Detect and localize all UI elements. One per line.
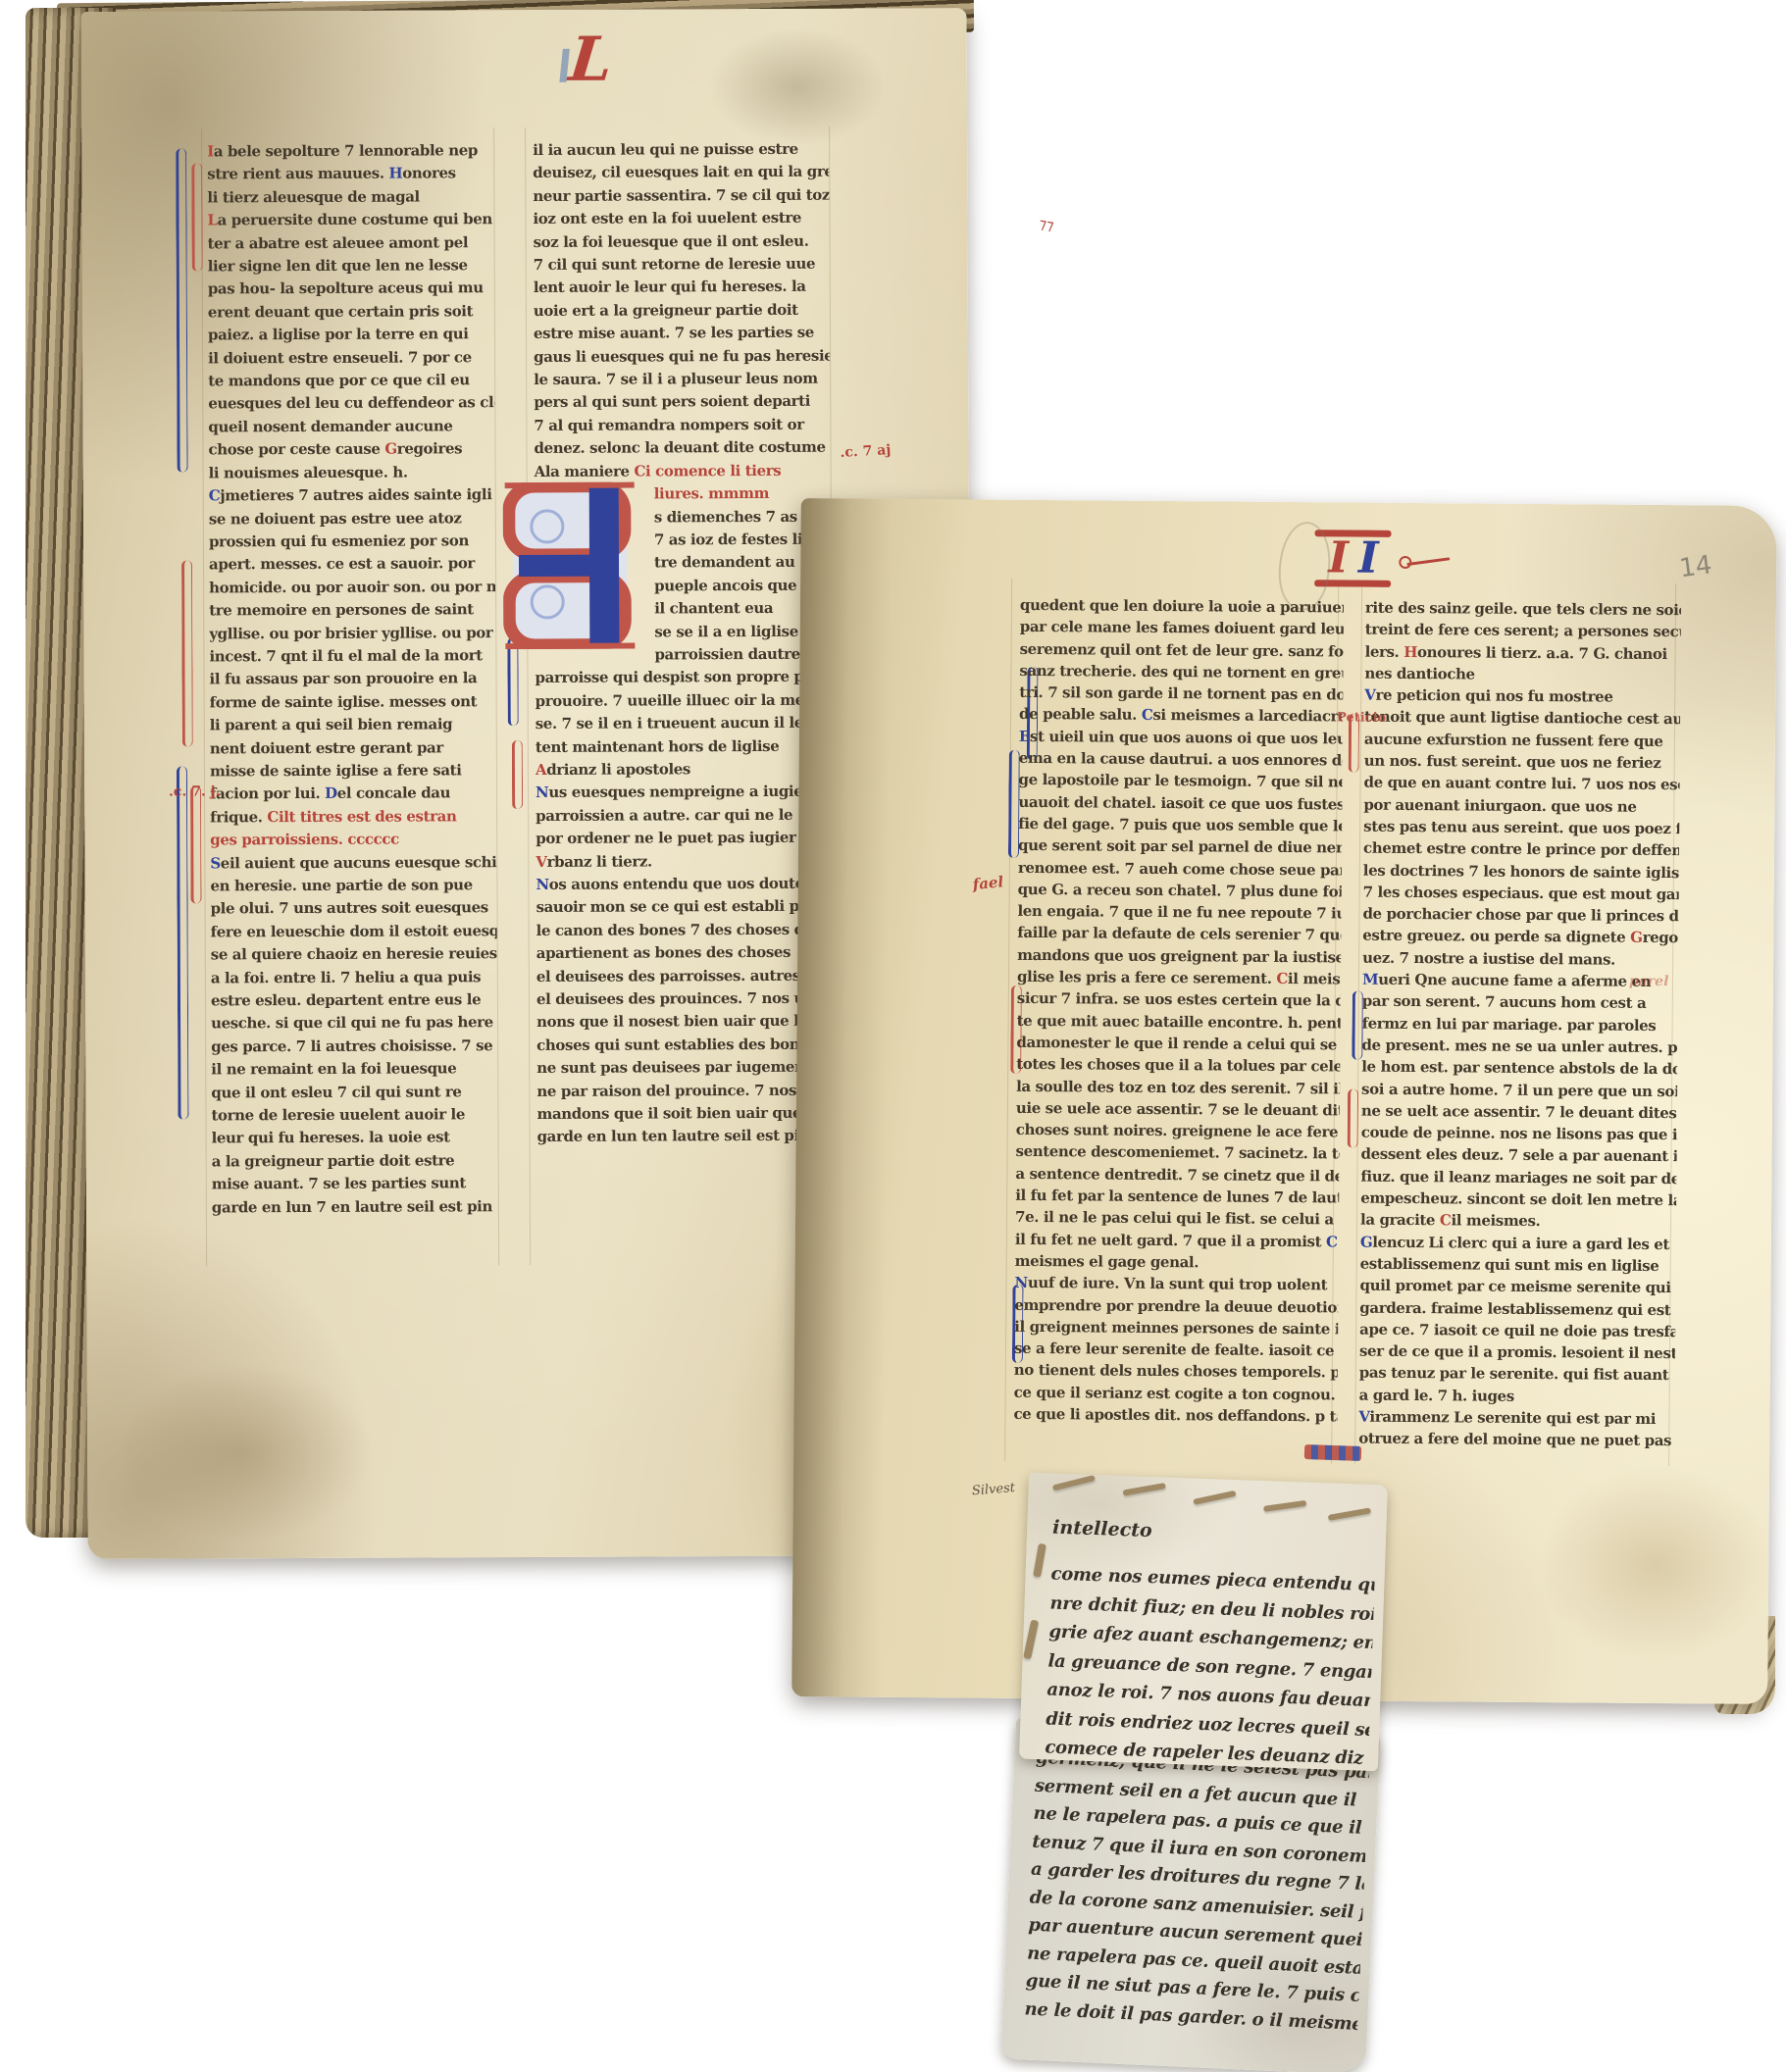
text-line: se. 7 se il en i trueuent aucun il legit bbox=[536, 712, 832, 736]
text-line: garde en lun 7 en lautre seil est pin bbox=[212, 1195, 498, 1220]
initial-a-artwork bbox=[503, 482, 638, 650]
text-line: ges parce. 7 li autres choisisse. 7 se bbox=[211, 1035, 497, 1059]
text-line: paiez. a liglise por la terre en qui bbox=[208, 323, 494, 347]
text-line: ge lapostoile par le tesmoign. 7 que sil… bbox=[1018, 769, 1342, 793]
text-line: a sentence dentredit. 7 se cinetz que il… bbox=[1015, 1163, 1339, 1188]
text-line: Vre peticion qui nos fu mostree bbox=[1364, 684, 1680, 709]
text-line: mise auant. 7 se les parties sunt bbox=[212, 1172, 498, 1196]
text-line: ser de ce que il a promis. lesoient il n… bbox=[1359, 1340, 1675, 1365]
text-line: glise les pris a fere ce serement. Cil m… bbox=[1017, 966, 1341, 990]
text-line: en heresie. une partie de son pue bbox=[210, 874, 496, 898]
text-line: il fu assaus par son prouoire en la bbox=[209, 667, 495, 691]
text-line: Cjmetieres 7 autres aides sainte igli bbox=[209, 483, 495, 508]
text-line: quil promet par ce meisme serenite qui bbox=[1359, 1275, 1675, 1299]
text-line: damonester le que il rende a celui qui s… bbox=[1016, 1032, 1340, 1056]
text-line: ema en la cause dautrui. a uos ennores d… bbox=[1019, 747, 1343, 772]
filigree-flourish bbox=[190, 785, 202, 903]
text-line: par son serent. 7 aucuns hom cest a bbox=[1362, 990, 1678, 1015]
text-line: nons que il nosest bien uair que les bbox=[536, 1010, 833, 1035]
ruling-line bbox=[525, 127, 531, 1265]
text-line: ape ce. 7 iasoit ce quil ne doie pas tre… bbox=[1359, 1318, 1675, 1342]
right-page-column-1: quedent que len doiure la uoie a paruiue… bbox=[1013, 594, 1344, 1431]
margin-note-faded: parel bbox=[1629, 974, 1669, 989]
text-line: chemet estre contre le prince por deffen… bbox=[1363, 837, 1679, 862]
stain bbox=[709, 27, 887, 146]
text-line: il greignent meinnes persones de sainte … bbox=[1014, 1316, 1338, 1340]
text-line: estre mise auant. 7 se les parties se bbox=[534, 322, 830, 346]
text-line: Ia bele sepolture 7 lennorable nep bbox=[207, 139, 493, 164]
text-line: Virammenz Le serenite qui est par mi bbox=[1358, 1406, 1674, 1431]
stitch-mark bbox=[1193, 1491, 1236, 1505]
text-line: 7e. il ne le pas celui qui le fist. se c… bbox=[1015, 1206, 1339, 1231]
text-line: apert. messes. ce est a sauoir. por bbox=[209, 552, 495, 577]
text-line: seremenz quil ont fet de leur gre. sanz … bbox=[1020, 637, 1344, 662]
margin-note-fael: fael bbox=[972, 873, 1004, 893]
text-line: establissemenz qui sunt mis en liglise bbox=[1360, 1253, 1676, 1278]
text-line: a la foi. entre li. 7 heliu a qua puis bbox=[211, 966, 497, 990]
text-line: que G. a receu son chatel. 7 plus dune f… bbox=[1018, 879, 1342, 903]
text-line: un nos. fust sereint. que uos ne feriez bbox=[1364, 750, 1680, 775]
text-line: 7 les choses especiaus. que est mout gar… bbox=[1363, 881, 1679, 905]
stitch-mark bbox=[1263, 1500, 1306, 1512]
sewn-parchment-slip: intellecto come nos eumes pieca entendu … bbox=[1019, 1473, 1388, 1772]
stain bbox=[1538, 1465, 1775, 1663]
text-line: choses qui sunt establies des bones bbox=[536, 1033, 833, 1057]
text-line: il ne remaint en la foi leuesque bbox=[211, 1057, 497, 1082]
text-line: deuisez, cil euesques lait en qui la gre… bbox=[533, 161, 829, 185]
text-line: nent doiuent estre gerant par bbox=[210, 736, 496, 761]
text-line: garde en lun ten lautre seil est pin bbox=[537, 1125, 834, 1149]
text-line: le canon des bones 7 des choses qu bbox=[536, 918, 833, 942]
text-line: pas tenuz par le serenite. qui fist auan… bbox=[1359, 1362, 1675, 1387]
text-line: por auenant iniurgaon. que uos ne bbox=[1363, 793, 1679, 818]
text-line: incest. 7 qnt il fu el mal de la mort bbox=[209, 644, 495, 669]
text-line: parroissien a autre. car qui ne le bbox=[536, 803, 832, 828]
text-line: le saura. 7 se il i a pluseur leus nom bbox=[534, 368, 830, 392]
text-line: facion por lui. Del concale dau bbox=[210, 783, 496, 807]
text-line: uesche. si que cil qui ne fu pas here bbox=[211, 1012, 497, 1036]
text-line: ne sunt pas deuisees par iugement bbox=[536, 1056, 833, 1081]
text-line: leur qui fu hereses. la uoie est bbox=[212, 1127, 498, 1151]
text-line: mandons que il soit bien uair que bbox=[536, 1102, 833, 1127]
rubric-margin-note: .c. 7 aj bbox=[840, 442, 892, 461]
text-line: dessent eles deuz. 7 sele a par auenant … bbox=[1360, 1143, 1676, 1168]
text-line: il ia aucun leu qui ne puisse estre bbox=[533, 138, 829, 163]
text-line: de porchacier chose par que li princes d… bbox=[1362, 903, 1678, 928]
stitch-mark bbox=[1122, 1483, 1165, 1496]
text-line: chose por ceste cause Gregoires bbox=[208, 437, 494, 462]
text-line: te que mit auec bataille encontre. h. pe… bbox=[1017, 1009, 1341, 1034]
text-line: Glencuz Li clerc qui a iure a gard les e… bbox=[1360, 1231, 1676, 1255]
text-line: ce que li apostles dit. nos deffandons. … bbox=[1013, 1403, 1337, 1428]
text-line: ce que il serianz est cogite a ton cogno… bbox=[1014, 1382, 1338, 1406]
text-line: fermz en lui par mariage. par paroles bbox=[1362, 1012, 1678, 1036]
text-line: li tierz aleuesque de magal bbox=[207, 185, 493, 210]
text-line: parroisse qui despist son propre pa bbox=[535, 666, 831, 690]
text-line: sentence descomeniemet. 7 sacinetz. la t… bbox=[1016, 1140, 1340, 1165]
text-line: uoie ert a la greigneur partie doit bbox=[534, 298, 830, 323]
filigree-flourish bbox=[176, 148, 187, 472]
text-line: pers al qui sunt pers soient departi bbox=[534, 390, 830, 415]
text-line: quedent que len doiure la uoie a paruiue… bbox=[1020, 594, 1344, 619]
text-line: no tienent dels nules choses temporels. … bbox=[1014, 1359, 1338, 1384]
stitch-mark bbox=[1328, 1507, 1371, 1521]
text-line: empescheuz. sincont se doit len metre la bbox=[1360, 1188, 1676, 1212]
text-line: ter a abatre est aleuee amont pel bbox=[208, 231, 494, 256]
text-line: Vrbanz li tierz. bbox=[536, 849, 832, 874]
text-line: le hom est. par sentence abstols de la d… bbox=[1361, 1056, 1677, 1081]
text-line: torne de leresie uuelent auoir le bbox=[211, 1103, 497, 1128]
margin-note-peticio: Peticio bbox=[1337, 710, 1386, 725]
line-filler-ornament bbox=[1304, 1444, 1361, 1461]
text-line: homicide. ou por auoir son. ou por me bbox=[209, 576, 495, 600]
text-line: ple olui. 7 uns autres soit euesques bbox=[211, 897, 497, 922]
text-line: uauoit del chatel. iasoit ce que uos fus… bbox=[1018, 791, 1342, 816]
text-line: stre rient aus mauues. Honores bbox=[207, 163, 493, 187]
filigree-flourish bbox=[177, 766, 189, 1119]
text-line: sauoir mon se ce qui est establi pa bbox=[536, 895, 833, 920]
text-line: Nos auons entendu que uos doutez bbox=[536, 873, 832, 897]
text-line: emprendre por prendre la deuue deuotion … bbox=[1014, 1293, 1338, 1318]
bottom-slip-text: germenz; que il ne le selest pas parserm… bbox=[1024, 1744, 1370, 2039]
ruling-line bbox=[201, 128, 207, 1266]
text-line: li nouismes aleuesque. h. bbox=[209, 461, 495, 485]
text-line: mandons que uos greignent par la iustise… bbox=[1017, 944, 1341, 969]
text-line: li parent a qui seil bien remaig bbox=[210, 713, 496, 737]
text-line: len engaia. 7 que il ne fu nee repoute 7… bbox=[1017, 900, 1341, 925]
margin-cursive-note: Silvest bbox=[971, 1481, 1015, 1498]
text-line: Nus euesques nempreigne a iugier le bbox=[536, 781, 832, 805]
text-line: faille par la defaute de cels serenier 7… bbox=[1017, 922, 1341, 946]
text-line: erent deuant que certain pris soit bbox=[208, 300, 494, 325]
text-line: pas hou- la sepolture aceus qui mu bbox=[208, 278, 494, 302]
left-page-heading-numeral: L bbox=[566, 24, 616, 95]
text-line: sicur 7 infra. se uos estes certein que … bbox=[1017, 987, 1341, 1012]
numeral-i-red: I bbox=[1328, 538, 1349, 578]
text-line: treint de fere ces serent; a persones se… bbox=[1365, 619, 1681, 643]
folio-number: 14 bbox=[1677, 550, 1713, 583]
text-line: stes pas tenu aus sereint. que uos poez … bbox=[1363, 816, 1679, 840]
text-line: uez. 7 nostre a iustise del mans. bbox=[1362, 946, 1678, 971]
text-line: totes les choses que il a la tolues par … bbox=[1016, 1053, 1340, 1078]
text-line: soz la foi leuesque que il ont esleu. bbox=[534, 229, 830, 254]
filigree-flourish bbox=[181, 560, 193, 746]
text-line: Adrianz li apostoles bbox=[536, 758, 832, 783]
text-line: 7 al qui remandra nompers soit or bbox=[534, 414, 830, 438]
text-line: Ala maniere Ci comence li tiers bbox=[535, 459, 831, 483]
text-line: meismes el gage genal. bbox=[1015, 1250, 1339, 1275]
stitch-mark bbox=[1033, 1543, 1046, 1578]
text-line: frique. Cilt titres est des estran bbox=[210, 805, 496, 830]
text-line: il fu fet par la sentence de lunes 7 de … bbox=[1015, 1185, 1339, 1209]
text-line: a gard le. 7 h. iuges bbox=[1359, 1384, 1675, 1408]
text-line: se al quiere chaoiz en heresie reuiest bbox=[211, 942, 497, 967]
text-line: otruez a fere del moine que ne puet pas bbox=[1358, 1428, 1674, 1452]
text-line: gardera. fraime lestablissemenz qui est … bbox=[1359, 1296, 1675, 1321]
text-line: fie del gage. 7 puis que uos semble que … bbox=[1018, 813, 1342, 837]
text-line: il doiuent estre enseueli. 7 por ce bbox=[208, 346, 494, 371]
stitch-mark bbox=[1052, 1475, 1096, 1491]
filigree-flourish bbox=[512, 740, 523, 809]
text-line: lers. Honoures li tierz. a.a. 7 G. chano… bbox=[1365, 640, 1681, 665]
text-line: ioz ont este en la foi uuelent estre bbox=[533, 207, 829, 231]
text-line: queil nosent demander aucune bbox=[208, 415, 494, 439]
text-line: renomee est. 7 aueh come chose seue par … bbox=[1018, 856, 1342, 881]
numeral-flourish bbox=[1399, 554, 1450, 568]
text-line: euesques del leu cu deffendeor as clers bbox=[208, 392, 494, 417]
text-line: se ne doiuent pas estre uee atoz bbox=[209, 507, 495, 531]
left-page-column-2: il ia aucun leu qui ne puisse estredeuis… bbox=[533, 138, 834, 1228]
text-line: forme de sainte iglise. messes ont bbox=[210, 690, 496, 715]
manuscript-photo: { "left_page": { "header_numeral": "L", … bbox=[0, 0, 1786, 2072]
text-line: estre greuez. ou perde sa dignete Gregoi bbox=[1362, 925, 1678, 949]
text-line: lier signe len dit que len ne lesse bbox=[208, 254, 494, 278]
text-line: fiuz. que il leanz mariages ne soit par … bbox=[1360, 1165, 1676, 1189]
text-line: que il ont esleu 7 cil qui sunt re bbox=[211, 1081, 497, 1105]
text-line: ne par raison del prouince. 7 nos bbox=[536, 1079, 833, 1103]
text-line: apartienent as bones des choses bbox=[536, 941, 833, 966]
text-line: el deuisees des parroisses. autresi bbox=[536, 964, 833, 988]
text-line: nes dantioche bbox=[1364, 663, 1680, 687]
stain bbox=[117, 1364, 373, 1541]
slip-title: intellecto bbox=[1052, 1517, 1152, 1542]
text-line: choses sunt noires. greignene le ace fer… bbox=[1016, 1119, 1340, 1143]
text-line: a la greigneur partie doit estre bbox=[212, 1149, 498, 1174]
text-line: Est uieil uin que uos auons oi que uos l… bbox=[1019, 726, 1343, 750]
text-line: soi a autre home. 7 il un pere que un so… bbox=[1361, 1078, 1677, 1102]
text-line: de present. mes ne se ua unler autres. p… bbox=[1361, 1035, 1677, 1059]
text-line: ne se uelt ace assentir. 7 le deuant dit… bbox=[1361, 1099, 1677, 1124]
text-line: ygllise. ou por brisier ygllise. ou por bbox=[209, 622, 495, 646]
stitch-mark bbox=[1023, 1619, 1039, 1659]
text-line: te mandons que por ce que cil eu bbox=[208, 369, 494, 393]
text-line: por ordener ne le puet pas iugier bbox=[536, 827, 832, 851]
text-line: sanz trecherie. des qui ne tornent en gr… bbox=[1019, 660, 1343, 684]
text-line: il fu fet ne uelt gard. 7 que il a promi… bbox=[1015, 1228, 1339, 1252]
text-line: denez. selonc la deuant dite costume bbox=[534, 436, 830, 461]
text-line: gaus li euesques qui ne fu pas heresies bbox=[534, 344, 830, 369]
text-line: la soulle des toz en toz des serenit. 7 … bbox=[1016, 1075, 1340, 1099]
text-line: prouoire. 7 uueille illuec oir la mes bbox=[536, 688, 832, 713]
text-line: que serent soit par sel parnel de diue n… bbox=[1018, 834, 1342, 859]
text-line: uie se uele ace assentir. 7 se le deuant… bbox=[1016, 1097, 1340, 1122]
text-line: neur partie sassentira. 7 se cil qui toz bbox=[533, 183, 829, 208]
left-page-column-1: Ia bele sepolture 7 lennorable nepstre r… bbox=[207, 139, 498, 1229]
text-line: estre esleu. departent entre eus le bbox=[211, 988, 497, 1013]
text-line: fere en leueschie dom il estoit euesq bbox=[211, 920, 497, 944]
text-line: La peruersite dune costume qui ben bbox=[207, 208, 493, 232]
text-line: Nuuf de iure. Vn la sunt qui trop uolent bbox=[1014, 1272, 1338, 1296]
chapter-margin-note: .c. 7. j. bbox=[169, 783, 221, 799]
text-line: lent auoir le leur qui fu hereses. la bbox=[534, 276, 830, 300]
text-line: prossien qui fu esmeniez por son bbox=[209, 530, 495, 554]
text-line: ges parroissiens. cccccc bbox=[210, 828, 496, 852]
text-line: se a fere leur serenite de fealte. iasoi… bbox=[1014, 1338, 1338, 1362]
text-line: coude de peinne. nos ne lisons pas que i… bbox=[1361, 1122, 1677, 1146]
numeral-i-blue: I bbox=[1358, 539, 1379, 579]
text-line: tenoit que aunt ligtise dantioche cest a… bbox=[1364, 706, 1680, 731]
right-page-column-2: rite des sainz geile. que tels clers ne … bbox=[1358, 597, 1681, 1458]
text-line: aucune exfurstion ne fussent fere que bbox=[1364, 728, 1680, 752]
gutter-shadow bbox=[791, 498, 892, 1697]
text-line: rite des sainz geile. que tels clers ne … bbox=[1365, 597, 1681, 622]
filigree-flourish bbox=[1348, 1088, 1358, 1147]
text-line: tent maintenant hors de liglise bbox=[536, 734, 832, 759]
middle-slip-text: come nos eumes pieca entendu quenre dchi… bbox=[1045, 1560, 1375, 1774]
filigree-flourish bbox=[507, 637, 518, 726]
text-line: la gracite Cil meismes. bbox=[1360, 1209, 1676, 1234]
text-line: les doctrines 7 les honors de sainte igl… bbox=[1363, 859, 1679, 884]
text-line: tri. 7 sil son garde il ne tornent pas e… bbox=[1019, 682, 1343, 706]
text-line: misse de sainte iglise a fere sati bbox=[210, 759, 496, 783]
edge-doodle-ornament: ⁊⁊ bbox=[1038, 215, 1055, 234]
text-line: de peable salu. Csi meismes a larcediacr… bbox=[1019, 703, 1343, 728]
filigree-flourish bbox=[191, 163, 202, 271]
text-line: el deuisees des prouinces. 7 nos uos bbox=[536, 987, 833, 1012]
text-line: Seil auient que aucuns euesque schie bbox=[210, 851, 496, 876]
text-line: tre memoire en persones de saint bbox=[209, 598, 495, 623]
text-line: de que en auant contre lui. 7 uos nos es… bbox=[1363, 772, 1679, 796]
text-line: par cele mane les fames doiuent gard leu… bbox=[1020, 616, 1344, 640]
illuminated-initial-a bbox=[503, 482, 638, 650]
text-line: 7 cil qui sunt retorne de leresie uue bbox=[534, 253, 830, 278]
